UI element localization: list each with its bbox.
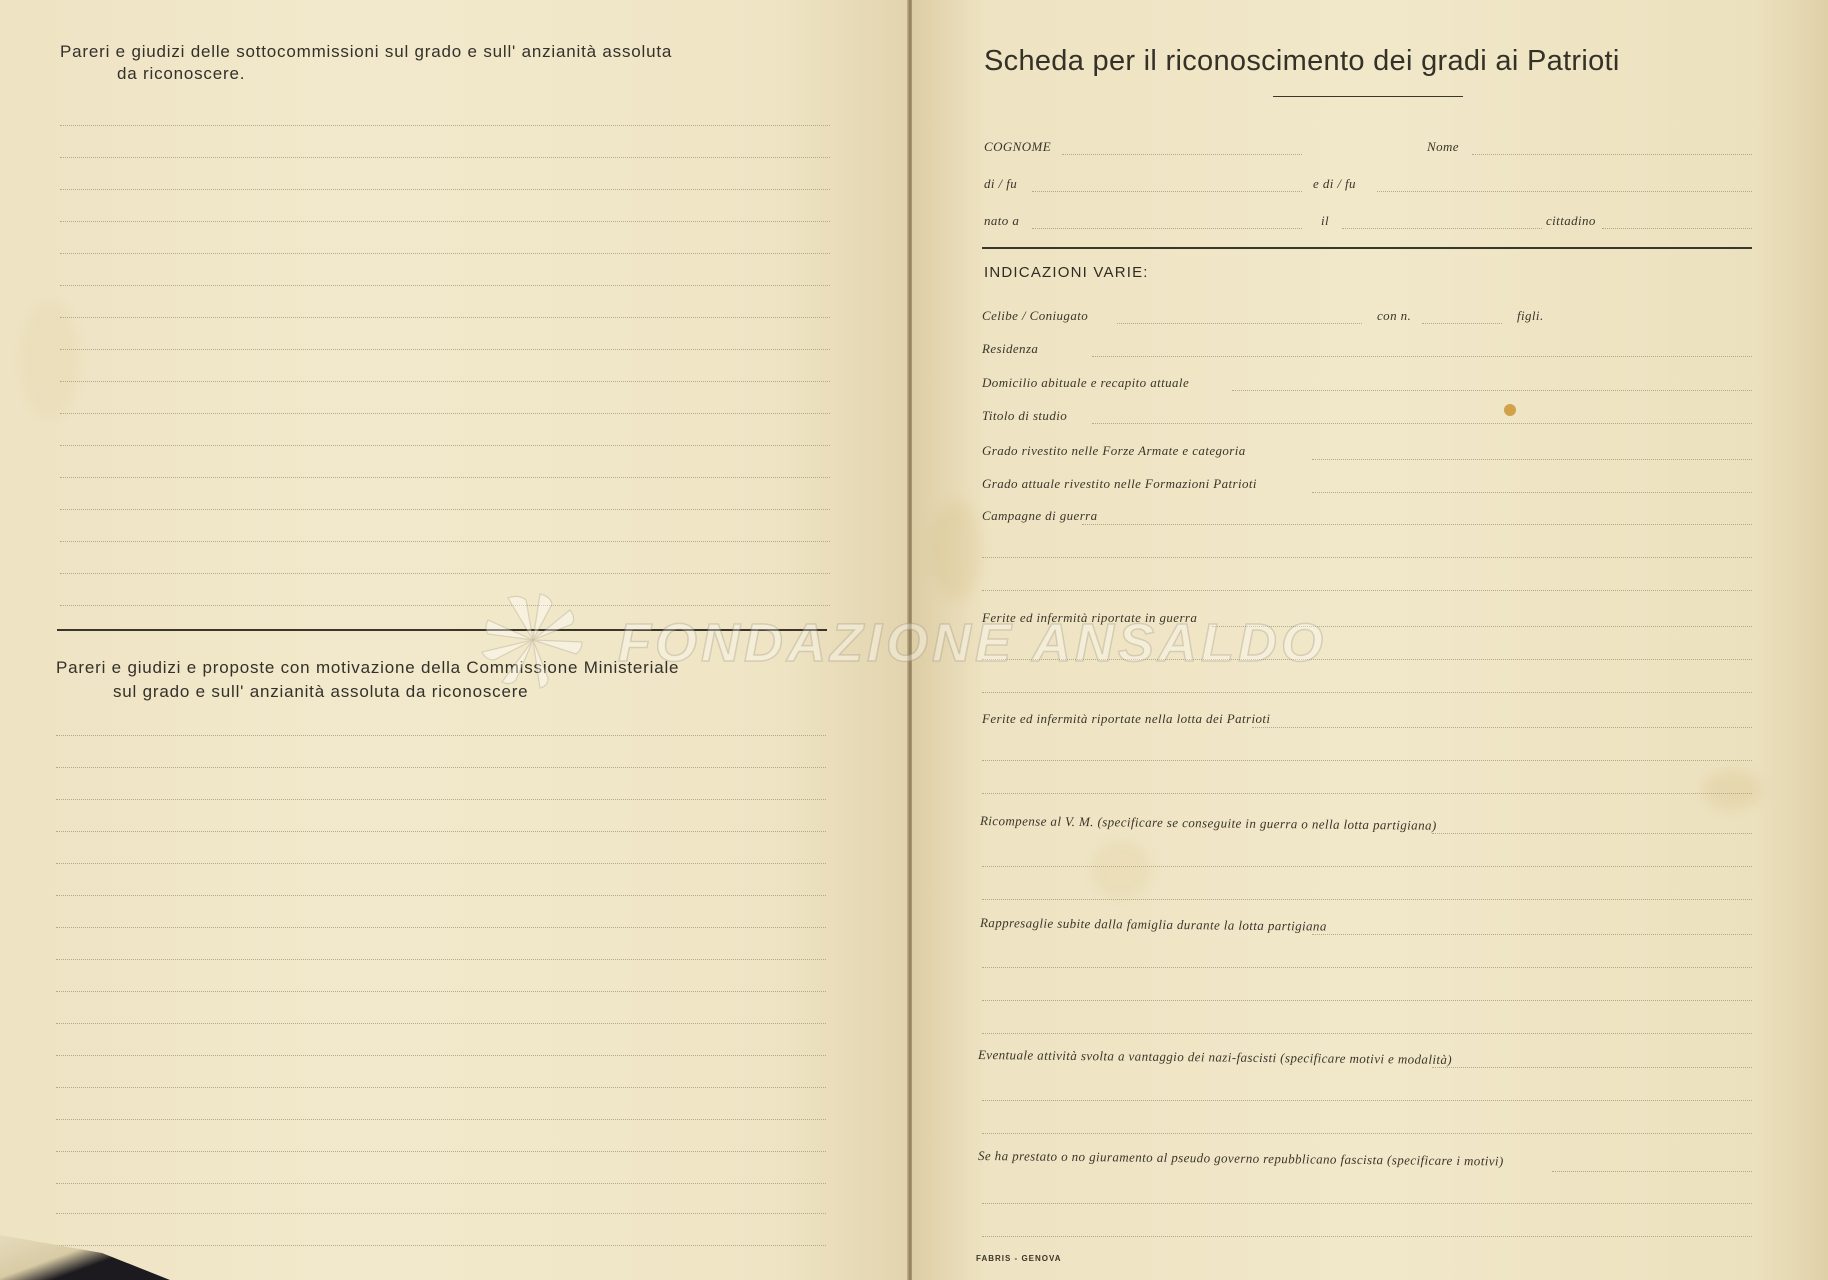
- writing-line[interactable]: [56, 1151, 826, 1152]
- writing-line[interactable]: [56, 959, 826, 960]
- cittadinanza-field[interactable]: [1602, 228, 1752, 229]
- writing-line[interactable]: [56, 1183, 826, 1184]
- paper-stain: [1092, 840, 1152, 900]
- rappresaglie-label: Rappresaglie subite dalla famiglia duran…: [980, 915, 1327, 935]
- madre-field[interactable]: [1377, 191, 1752, 192]
- ferite-guerra-field[interactable]: [1212, 626, 1752, 627]
- ricompense-field-line[interactable]: [982, 899, 1752, 900]
- il-label: il: [1321, 213, 1329, 229]
- writing-line[interactable]: [60, 477, 830, 478]
- writing-line[interactable]: [56, 1119, 826, 1120]
- giuramento-field-line[interactable]: [982, 1236, 1752, 1237]
- left-page: Pareri e giudizi delle sottocommissioni …: [0, 0, 908, 1280]
- campagne-label: Campagne di guerra: [982, 508, 1098, 524]
- nato-a-label: nato a: [984, 213, 1019, 229]
- personal-divider: [982, 247, 1752, 249]
- celibe-coniugato-label: Celibe / Coniugato: [982, 308, 1088, 324]
- residenza-label: Residenza: [982, 341, 1038, 357]
- printer-imprint: FABRIS - GENOVA: [976, 1254, 1062, 1263]
- writing-line[interactable]: [60, 125, 830, 126]
- section1-heading-line1: Pareri e giudizi delle sottocommissioni …: [60, 42, 672, 62]
- paper-stain: [20, 300, 80, 420]
- section2-heading-line2: sul grado e sull' anzianità assoluta da …: [113, 682, 528, 702]
- grado-attuale-field[interactable]: [1312, 492, 1752, 493]
- title-underline: [1273, 96, 1463, 97]
- folded-corner: [0, 1235, 170, 1280]
- residenza-field[interactable]: [1092, 356, 1752, 357]
- writing-line[interactable]: [60, 605, 830, 606]
- writing-line[interactable]: [60, 189, 830, 190]
- stato-civile-field[interactable]: [1117, 323, 1362, 324]
- section-divider: [57, 629, 827, 631]
- cittadino-label: cittadino: [1546, 213, 1596, 229]
- writing-line[interactable]: [60, 157, 830, 158]
- nome-label: Nome: [1427, 139, 1459, 155]
- writing-line[interactable]: [56, 1213, 826, 1214]
- writing-line[interactable]: [56, 831, 826, 832]
- writing-line[interactable]: [56, 799, 826, 800]
- section-heading: INDICAZIONI VARIE:: [984, 264, 1149, 281]
- writing-line[interactable]: [56, 1055, 826, 1056]
- writing-line[interactable]: [56, 927, 826, 928]
- domicilio-label: Domicilio abituale e recapito attuale: [982, 375, 1189, 391]
- grado-forze-armate-label: Grado rivestito nelle Forze Armate e cat…: [982, 443, 1246, 459]
- writing-line[interactable]: [60, 413, 830, 414]
- writing-line[interactable]: [56, 1023, 826, 1024]
- attivita-nazifascisti-field[interactable]: [1432, 1067, 1752, 1068]
- numero-figli-field[interactable]: [1422, 323, 1502, 324]
- writing-line[interactable]: [60, 541, 830, 542]
- attivita-nazifascisti-label: Eventuale attività svolta a vantaggio de…: [978, 1047, 1452, 1068]
- e-di-fu-label: e di / fu: [1313, 176, 1356, 192]
- attivita-nazifascisti-field-line[interactable]: [982, 1100, 1752, 1101]
- padre-field[interactable]: [1032, 191, 1302, 192]
- writing-line[interactable]: [60, 317, 830, 318]
- writing-line[interactable]: [60, 349, 830, 350]
- data-nascita-field[interactable]: [1342, 228, 1542, 229]
- cognome-field[interactable]: [1062, 154, 1302, 155]
- writing-line[interactable]: [56, 735, 826, 736]
- writing-line[interactable]: [60, 445, 830, 446]
- right-page: Scheda per il riconoscimento dei gradi a…: [912, 0, 1828, 1280]
- ricompense-label: Ricompense al V. M. (specificare se cons…: [980, 813, 1437, 834]
- writing-line[interactable]: [56, 1087, 826, 1088]
- rappresaglie-field-line[interactable]: [982, 1033, 1752, 1034]
- titolo-studio-label: Titolo di studio: [982, 408, 1067, 424]
- luogo-nascita-field[interactable]: [1032, 228, 1302, 229]
- ferite-guerra-field-line[interactable]: [982, 659, 1752, 660]
- giuramento-field[interactable]: [1552, 1171, 1752, 1172]
- giuramento-label: Se ha prestato o no giuramento al pseudo…: [978, 1148, 1504, 1170]
- con-n-label: con n.: [1377, 308, 1411, 324]
- grado-forze-armate-field[interactable]: [1312, 459, 1752, 460]
- ricompense-field-line[interactable]: [982, 866, 1752, 867]
- page-title: Scheda per il riconoscimento dei gradi a…: [984, 45, 1620, 78]
- paper-stain: [1504, 404, 1516, 416]
- rappresaglie-field-line[interactable]: [982, 1000, 1752, 1001]
- figli-label: figli.: [1517, 308, 1544, 324]
- cognome-label: COGNOME: [984, 139, 1051, 155]
- writing-line[interactable]: [56, 895, 826, 896]
- di-fu-label: di / fu: [984, 176, 1017, 192]
- paper-stain: [1702, 770, 1762, 810]
- writing-line[interactable]: [56, 1245, 826, 1246]
- rappresaglie-field-line[interactable]: [982, 967, 1752, 968]
- writing-line[interactable]: [60, 381, 830, 382]
- campagne-field-line[interactable]: [982, 590, 1752, 591]
- attivita-nazifascisti-field-line[interactable]: [982, 1133, 1752, 1134]
- section2-heading-line1: Pareri e giudizi e proposte con motivazi…: [56, 658, 679, 678]
- giuramento-field-line[interactable]: [982, 1203, 1752, 1204]
- domicilio-field[interactable]: [1232, 390, 1752, 391]
- writing-line[interactable]: [60, 253, 830, 254]
- writing-line[interactable]: [60, 285, 830, 286]
- rappresaglie-field[interactable]: [1312, 934, 1752, 935]
- ferite-lotta-field-line[interactable]: [982, 760, 1752, 761]
- campagne-field[interactable]: [1082, 524, 1752, 525]
- paper-stain: [932, 500, 982, 600]
- titolo-studio-field[interactable]: [1092, 423, 1752, 424]
- ferite-lotta-field[interactable]: [1252, 727, 1752, 728]
- writing-line[interactable]: [56, 863, 826, 864]
- grado-attuale-label: Grado attuale rivestito nelle Formazioni…: [982, 476, 1257, 492]
- ferite-guerra-field-line[interactable]: [982, 692, 1752, 693]
- section1-heading-line2: da riconoscere.: [117, 64, 245, 84]
- ferite-guerra-label: Ferite ed infermità riportate in guerra: [982, 610, 1197, 626]
- writing-line[interactable]: [60, 573, 830, 574]
- campagne-field-line[interactable]: [982, 557, 1752, 558]
- ricompense-field[interactable]: [1432, 833, 1752, 834]
- writing-line[interactable]: [60, 221, 830, 222]
- writing-line[interactable]: [56, 991, 826, 992]
- writing-line[interactable]: [60, 509, 830, 510]
- ferite-lotta-field-line[interactable]: [982, 793, 1752, 794]
- nome-field[interactable]: [1472, 154, 1752, 155]
- ferite-lotta-label: Ferite ed infermità riportate nella lott…: [982, 711, 1270, 727]
- writing-line[interactable]: [56, 767, 826, 768]
